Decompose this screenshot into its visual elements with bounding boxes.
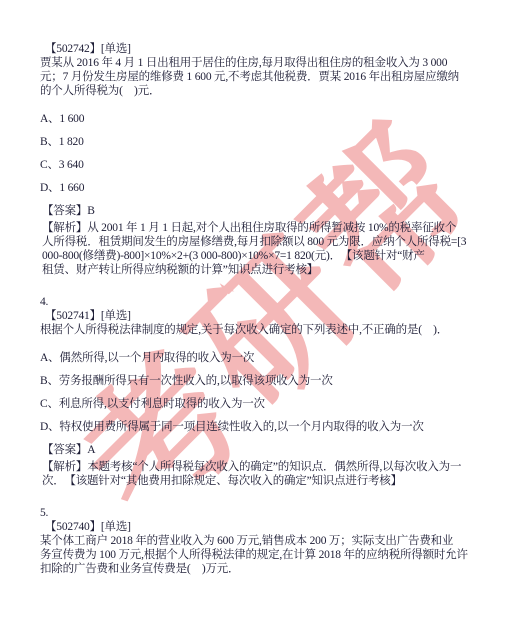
- question-block: 5. 【502740】[单选] 某个体工商户 2018 年的营业收入为 600 …: [40, 506, 478, 576]
- option-a: A、偶然所得,以一个月内取得的收入为一次: [40, 351, 478, 365]
- question-stem: 某个体工商户 2018 年的营业收入为 600 万元,销售成本 200 万；实际…: [40, 534, 478, 576]
- answer-line: 【答案】B: [40, 204, 478, 218]
- question-id-tag: 【502742】[单选]: [40, 42, 478, 56]
- answer-line: 【答案】A: [40, 443, 478, 457]
- option-d: D、1 660: [40, 181, 478, 195]
- option-c: C、3 640: [40, 158, 478, 172]
- analysis-text: 【解析】本题考核“个人所得税每次收入的确定”的知识点．偶然所得,以每次收入为一 …: [40, 460, 478, 488]
- question-stem: 贾某从 2016 年 4 月 1 日出租用于居住的住房,每月取得出租住房的租金收…: [40, 56, 478, 98]
- option-b: B、劳务报酬所得只有一次性收入的,以取得该项收入为一次: [40, 374, 478, 388]
- analysis-text: 【解析】从 2001 年 1 月 1 日起,对个人出租住房取得的所得暂减按 10…: [40, 221, 478, 277]
- question-id-tag: 【502741】[单选]: [40, 309, 478, 323]
- option-a: A、1 600: [40, 112, 478, 126]
- question-stem: 根据个人所得税法律制度的规定,关于每次收入确定的下列表述中,不正确的是( )．: [40, 323, 478, 337]
- option-b: B、1 820: [40, 135, 478, 149]
- question-number: 5.: [40, 506, 478, 520]
- document-content: 【502742】[单选] 贾某从 2016 年 4 月 1 日出租用于居住的住房…: [40, 42, 478, 576]
- question-id-tag: 【502740】[单选]: [40, 520, 478, 534]
- question-number: 4.: [40, 295, 478, 309]
- option-c: C、利息所得,以支付利息时取得的收入为一次: [40, 397, 478, 411]
- option-d: D、特权使用费所得属于同一项目连续性收入的,以一个月内取得的收入为一次: [40, 420, 478, 434]
- question-block: 【502742】[单选] 贾某从 2016 年 4 月 1 日出租用于居住的住房…: [40, 42, 478, 277]
- document-page: 考研帮 【502742】[单选] 贾某从 2016 年 4 月 1 日出租用于居…: [0, 0, 505, 625]
- question-block: 4. 【502741】[单选] 根据个人所得税法律制度的规定,关于每次收入确定的…: [40, 295, 478, 488]
